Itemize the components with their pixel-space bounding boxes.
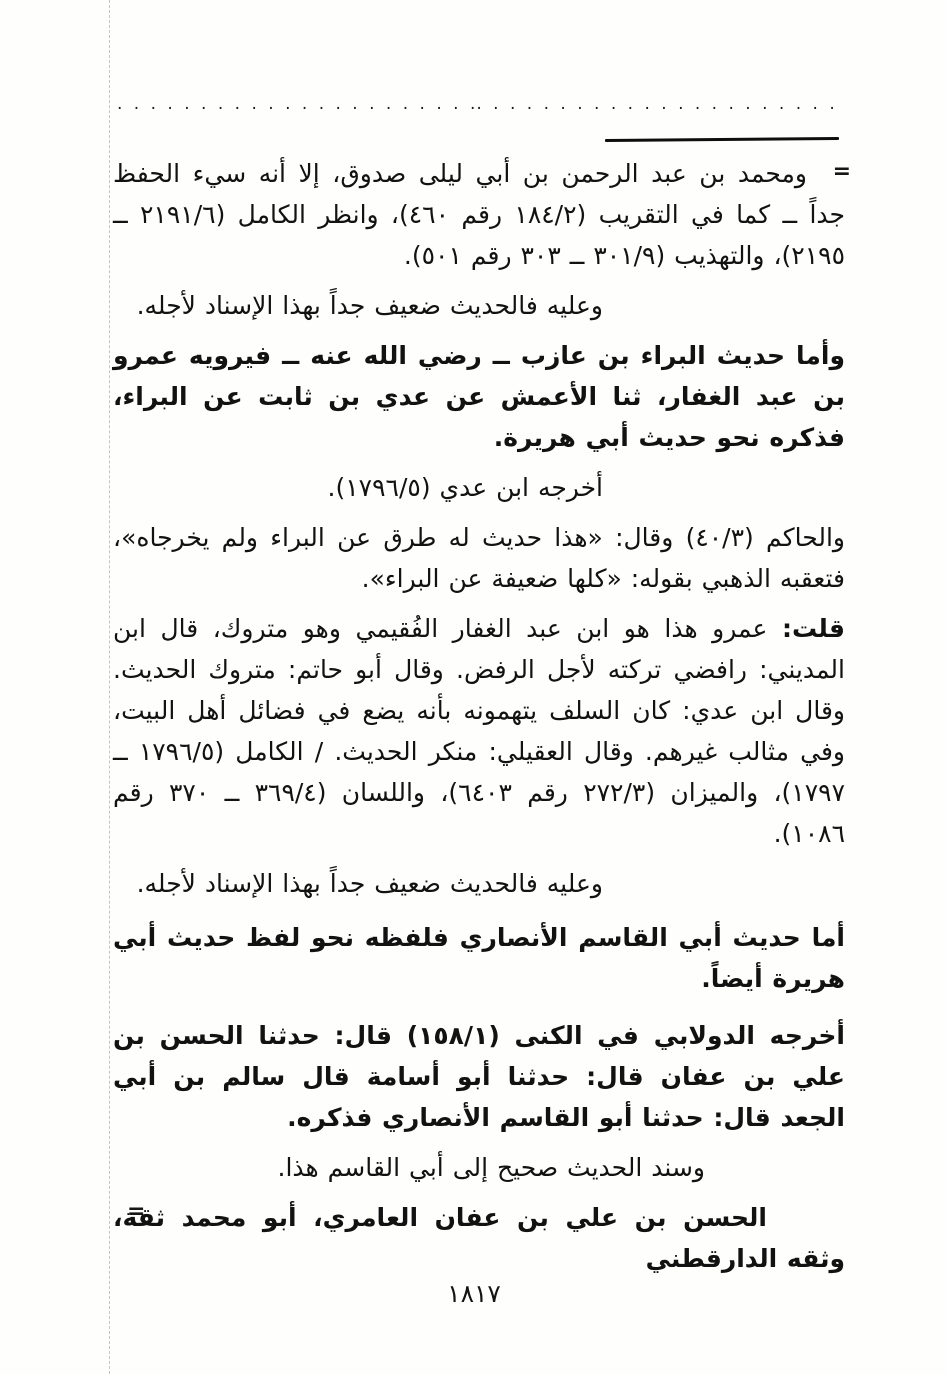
footnote-text-column: . . . . . . . . . . . . . . . . . . . . …: [113, 94, 845, 1288]
paragraph-text: وسند الحديث صحيح إلى أبي القاسم هذا.: [278, 1153, 706, 1182]
footnote-paragraph: وعليه فالحديث ضعيف جداً بهذا الإسناد لأج…: [113, 285, 603, 326]
continuation-mark-top: =: [833, 161, 889, 183]
paragraph-text: أخرجه ابن عدي (١٧٩٦/٥).: [328, 473, 603, 502]
footnote-paragraph: والحاكم (٤٠/٣) وقال: «هذا حديث له طرق عن…: [113, 517, 845, 599]
paragraph-text: أما حديث أبي القاسم الأنصاري فلفظه نحو ل…: [113, 923, 845, 993]
page-number: ١٨١٧: [0, 1279, 948, 1308]
ellipsis-right-group: . . . . . . . . . . . . . . . . . . . . …: [476, 95, 845, 113]
paragraph-text: والحاكم (٤٠/٣) وقال: «هذا حديث له طرق عن…: [113, 523, 845, 593]
footnote-paragraph: أخرجه الدولابي في الكنى (١٥٨/١) قال: حدث…: [113, 1015, 845, 1138]
continuation-mark-bottom: =: [127, 1201, 223, 1223]
paragraph-text: عمرو هذا هو ابن عبد الغفار الفُقيمي وهو …: [113, 614, 845, 848]
ellipsis-left-group: . . . . . . . . . . . . . . . . . . . . …: [117, 95, 476, 113]
left-margin-dashed-line: [109, 0, 110, 1374]
footnote-paragraph: = ومحمد بن عبد الرحمن بن أبي ليلى صدوق، …: [113, 153, 845, 276]
footnote-paragraph: قلت: عمرو هذا هو ابن عبد الغفار الفُقيمي…: [113, 608, 845, 854]
footnote-paragraph: أما حديث أبي القاسم الأنصاري فلفظه نحو ل…: [113, 917, 845, 999]
footnote-paragraph: أخرجه ابن عدي (١٧٩٦/٥).: [113, 467, 603, 508]
paragraph-text: وأما حديث البراء بن عازب ــ رضي الله عنه…: [113, 341, 845, 452]
footnote-paragraph: وعليه فالحديث ضعيف جداً بهذا الإسناد لأج…: [113, 863, 603, 904]
paragraph-text: أخرجه الدولابي في الكنى (١٥٨/١) قال: حدث…: [113, 1021, 845, 1132]
ellipsis-dotted-line: . . . . . . . . . . . . . . . . . . . . …: [113, 94, 845, 114]
footnote-paragraph: = الحسن بن علي بن عفان العامري، أبو محمد…: [113, 1197, 845, 1279]
footnote-paragraph: وأما حديث البراء بن عازب ــ رضي الله عنه…: [113, 335, 845, 458]
paragraph-text: وعليه فالحديث ضعيف جداً بهذا الإسناد لأج…: [137, 869, 603, 898]
paragraph-text: ومحمد بن عبد الرحمن بن أبي ليلى صدوق، إل…: [113, 159, 845, 270]
paragraph-text: وعليه فالحديث ضعيف جداً بهذا الإسناد لأج…: [137, 291, 603, 320]
footnote-separator-line: [605, 137, 839, 142]
paragraph-lead: قلت:: [782, 614, 845, 643]
book-page: . . . . . . . . . . . . . . . . . . . . …: [0, 0, 948, 1374]
footnote-paragraph: وسند الحديث صحيح إلى أبي القاسم هذا.: [113, 1147, 705, 1188]
